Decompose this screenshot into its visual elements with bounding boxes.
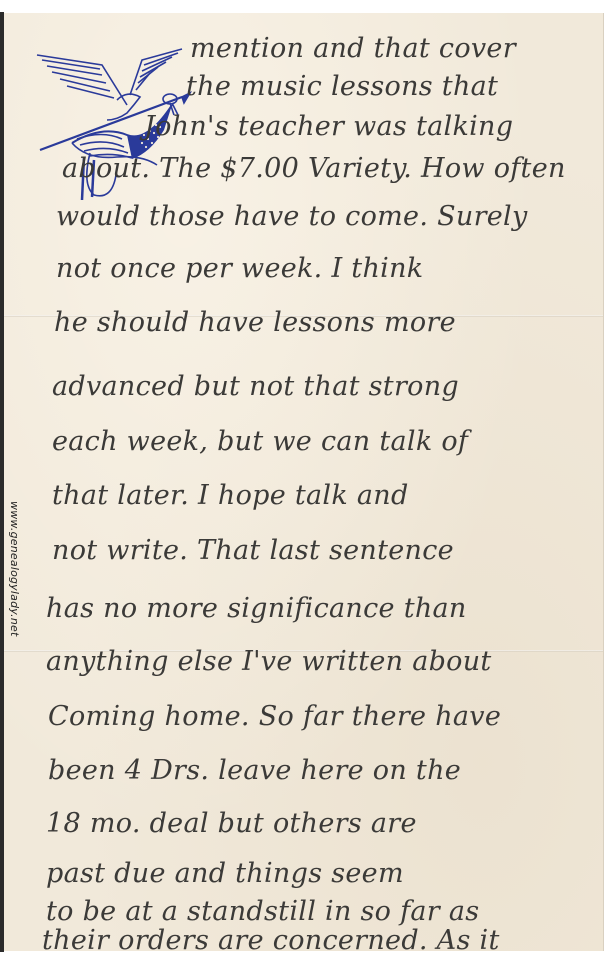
letter-line: not once per week. I think (56, 253, 423, 284)
letter-line: John's teacher was talking (144, 111, 513, 142)
letter-line: been 4 Drs. leave here on the (48, 755, 461, 786)
letter-line: to be at a standstill in so far as (46, 896, 479, 927)
letter-page: mention and that cover the music lessons… (4, 13, 603, 951)
letter-line: the music lessons that (186, 71, 498, 102)
letter-line: he should have lessons more (54, 307, 456, 338)
letter-line: past due and things seem (46, 858, 404, 889)
letter-line: their orders are concerned. As it (42, 925, 500, 951)
letter-line: anything else I've written about (46, 646, 492, 677)
letter-line: would those have to come. Surely (56, 201, 528, 232)
watermark: www.genealogylady.net (8, 501, 21, 636)
letter-line: about. The $7.00 Variety. How often (62, 153, 566, 184)
letter-line: each week, but we can talk of (52, 426, 468, 457)
letter-line: not write. That last sentence (52, 535, 454, 566)
letter-line: advanced but not that strong (52, 371, 459, 402)
letter-line: that later. I hope talk and (52, 480, 409, 511)
letter-line: 18 mo. deal but others are (46, 808, 417, 839)
letter-line: has no more significance than (46, 593, 467, 624)
letter-line: mention and that cover (190, 33, 516, 64)
letter-line: Coming home. So far there have (48, 701, 501, 732)
